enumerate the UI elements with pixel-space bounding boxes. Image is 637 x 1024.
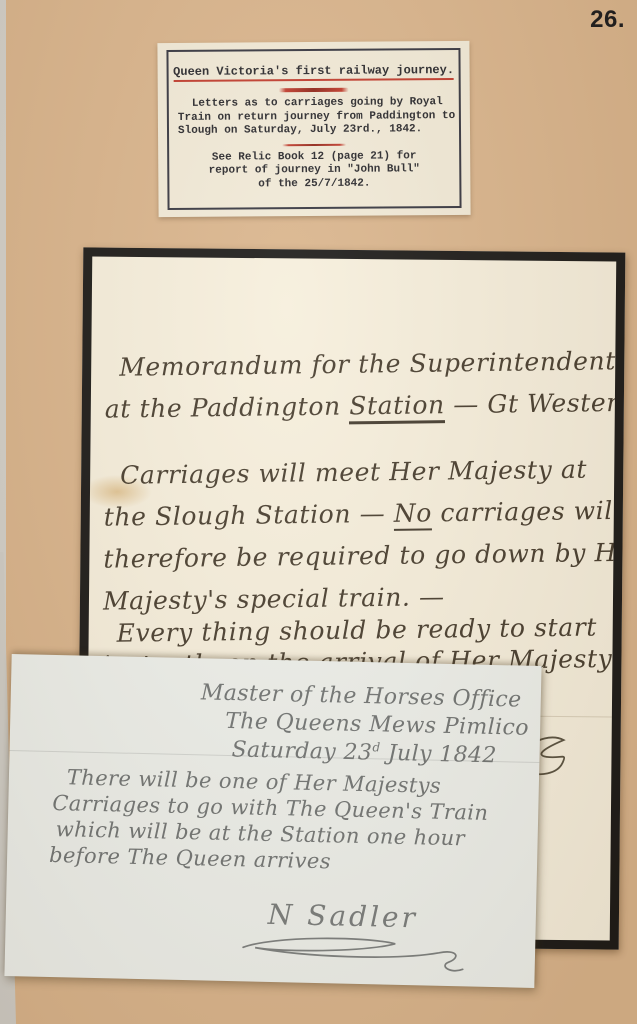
note-date-day: Saturday 23 [231,737,372,765]
note-heading-address: The Queens Mews Pimlico [225,709,529,741]
label-p2-line1: See Relic Book 12 (page 21) for [212,150,417,163]
memo-line-4: the Slough Station — No carriages will [104,496,614,532]
album-page: { "page": { "number_label": "26.", "desc… [0,0,637,1024]
note-date-rest: July 1842 [380,741,497,769]
memo-line-3: Carriages will meet Her Majesty at [120,454,614,489]
red-divider-thin [282,143,346,145]
memo-line-4-seg-c: carriages will [432,496,622,527]
memo-line-2-seg-a: at the Paddington [105,391,350,423]
label-paragraph-2: See Relic Book 12 (page 21) forreport of… [209,150,421,192]
label-rule-box: Queen Victoria's first railway journey. … [166,48,461,210]
note-body-line-4: before The Queen arrives [49,843,331,873]
label-p1-line2: Train on return journey from Paddington … [178,110,455,124]
note-heading-office: Master of the Horses Office [201,680,522,712]
sadler-note-letter: Master of the Horses Office The Queens M… [4,654,541,988]
label-p1-line3: Slough on Saturday, July 23rd., 1842. [178,123,422,137]
memo-line-5: therefore be required to go down by Her [103,538,613,574]
label-paragraph-1: Letters as to carriages going by RoyalTr… [169,96,456,138]
memo-underlined-station: Station [349,390,445,424]
note-signature: N Sadler [268,898,419,934]
note-heading-date: Saturday 23d July 1842 [231,737,497,768]
page-number-label: 26. [590,6,625,34]
label-p1-line1: Letters as to carriages going by Royal [192,96,443,110]
memo-line-7: Every thing should be ready to start [116,612,612,647]
label-title: Queen Victoria's first railway journey. [173,63,454,82]
memo-underlined-no: No [394,498,433,530]
memo-line-2-seg-c: — Gt Western rails [445,387,626,419]
label-p2-line3: of the 25/7/1842. [258,177,370,190]
signature-flourish-icon [233,931,484,979]
red-divider-thick [279,88,349,92]
memo-line-2: at the Paddington Station — Gt Western r… [105,388,615,424]
label-p2-line2: report of journey in "John Bull" [209,163,420,176]
memo-line-4-seg-a: the Slough Station — [104,499,394,532]
memo-line-6: Majesty's special train. — [103,580,613,616]
catalog-label-card: Queen Victoria's first railway journey. … [157,41,470,217]
memo-line-1: Memorandum for the Superintendent [119,346,615,381]
